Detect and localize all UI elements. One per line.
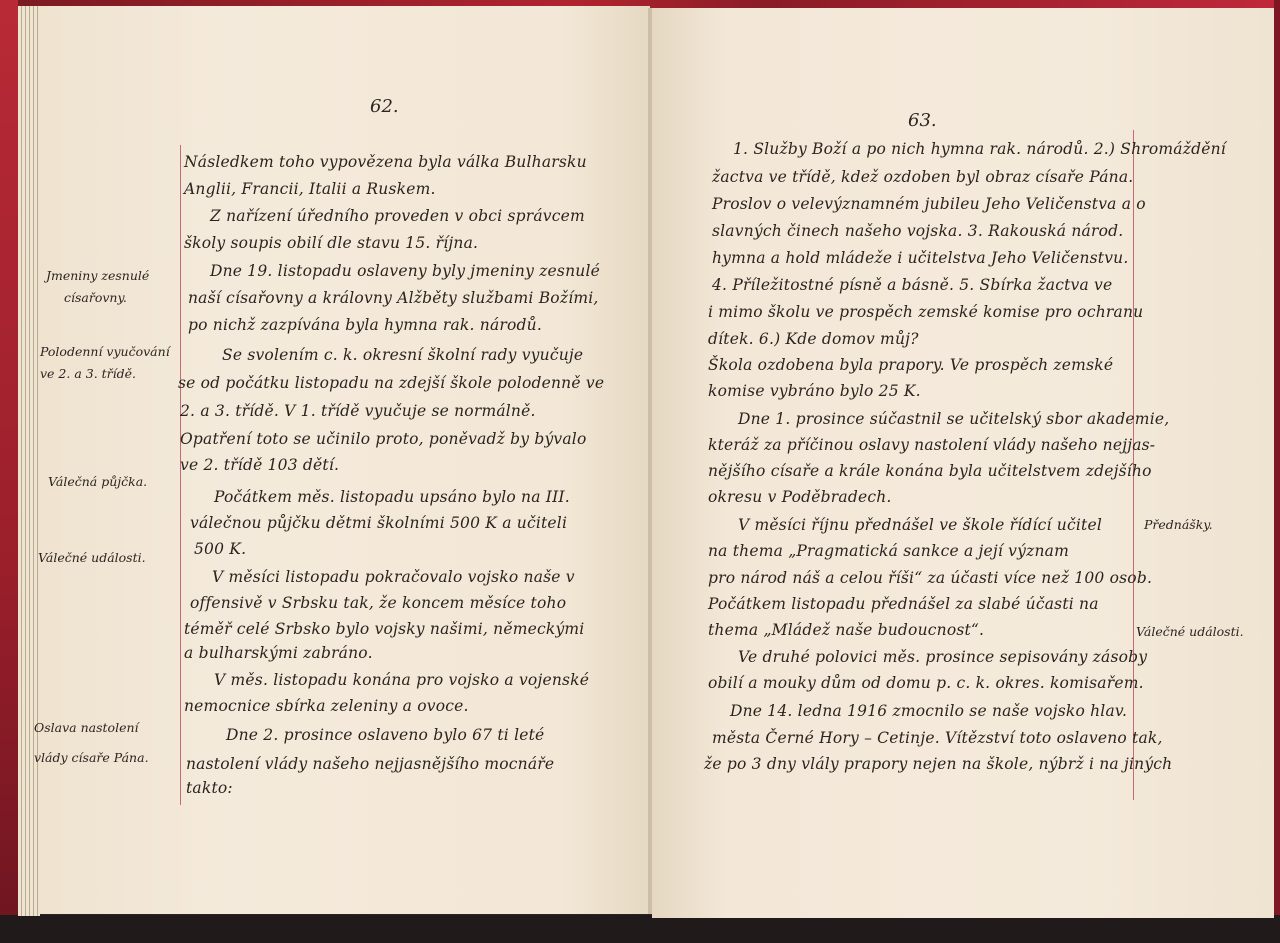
text-line: kteráž za příčinou oslavy nastolení vlád… — [708, 436, 1155, 454]
text-line: města Černé Hory – Cetinje. Vítězství to… — [712, 729, 1163, 747]
margin-note: císařovny. — [64, 290, 127, 305]
book-cover-right-edge — [1274, 0, 1280, 943]
text-line: Z nařízení úředního proveden v obci sprá… — [210, 207, 585, 225]
text-line: ve 2. třídě 103 dětí. — [180, 456, 339, 474]
margin-note: Válečné události. — [38, 550, 146, 565]
text-line: Dne 1. prosince súčastnil se učitelský s… — [738, 410, 1169, 428]
text-line: Opatření toto se učinilo proto, poněvadž… — [180, 430, 587, 448]
text-line: dítek. 6.) Kde domov můj? — [708, 330, 919, 348]
right-page-number: 63. — [908, 110, 937, 131]
text-line: offensivě v Srbsku tak, že koncem měsíce… — [190, 594, 566, 612]
text-line: nastolení vlády našeho nejjasnějšího moc… — [186, 755, 554, 773]
text-line: Škola ozdobena byla prapory. Ve prospěch… — [708, 356, 1113, 374]
text-line: Dne 2. prosince oslaveno bylo 67 ti leté — [226, 726, 544, 744]
text-line: hymna a hold mládeže i učitelstva Jeho V… — [712, 249, 1128, 267]
text-line: slavných činech našeho vojska. 3. Rakous… — [712, 222, 1123, 240]
left-page-number: 62. — [370, 96, 399, 117]
margin-note: Válečná půjčka. — [48, 474, 147, 489]
text-line: takto: — [186, 779, 233, 797]
text-line: Počátkem listopadu přednášel za slabé úč… — [708, 595, 1099, 613]
margin-note: Polodenní vyučování — [40, 344, 170, 359]
text-line: naší císařovny a královny Alžběty služba… — [188, 289, 599, 307]
text-line: i mimo školu ve prospěch zemské komise p… — [708, 303, 1143, 321]
text-line: 500 K. — [194, 540, 246, 558]
text-line: V měsíci listopadu pokračovalo vojsko na… — [212, 568, 575, 586]
text-line: téměř celé Srbsko bylo vojsky našimi, ně… — [184, 620, 584, 638]
text-line: V měsíci říjnu přednášel ve škole řídící… — [738, 516, 1102, 534]
text-line: pro národ náš a celou říši“ za účasti ví… — [708, 569, 1152, 587]
text-line: 1. Služby Boží a po nich hymna rak. náro… — [733, 140, 1226, 158]
text-line: 4. Příležitostné písně a básně. 5. Sbírk… — [712, 276, 1112, 294]
text-line: nějšího císaře a krále konána byla učite… — [708, 462, 1152, 480]
left-page — [38, 6, 650, 914]
text-line: Ve druhé polovici měs. prosince sepisová… — [738, 648, 1147, 666]
book-cover-left-edge — [0, 0, 18, 943]
margin-note: Přednášky. — [1144, 517, 1213, 532]
text-line: Následkem toho vypovězena byla válka Bul… — [184, 153, 587, 171]
margin-note: Jmeniny zesnulé — [46, 268, 149, 283]
text-line: thema „Mládež naše budoucnost“. — [708, 621, 984, 639]
left-margin-rule — [180, 145, 181, 805]
background-surface — [0, 915, 1280, 943]
margin-note: ve 2. a 3. třídě. — [40, 366, 136, 381]
text-line: se od počátku listopadu na zdejší škole … — [178, 374, 604, 392]
text-line: Počátkem měs. listopadu upsáno bylo na I… — [214, 488, 570, 506]
text-line: obilí a mouky dům od domu p. c. k. okres… — [708, 674, 1144, 692]
margin-note: vlády císaře Pána. — [34, 750, 149, 765]
margin-note: Oslava nastolení — [34, 720, 139, 735]
text-line: 2. a 3. třídě. V 1. třídě vyučuje se nor… — [180, 402, 536, 420]
text-line: po nichž zazpívána byla hymna rak. národ… — [188, 316, 542, 334]
text-line: válečnou půjčku dětmi školními 500 K a u… — [190, 514, 567, 532]
text-line: okresu v Poděbradech. — [708, 488, 892, 506]
text-line: Proslov o velevýznamném jubileu Jeho Vel… — [712, 195, 1146, 213]
text-line: komise vybráno bylo 25 K. — [708, 382, 921, 400]
text-line: Anglii, Francii, Italii a Ruskem. — [184, 180, 436, 198]
text-line: V měs. listopadu konána pro vojsko a voj… — [214, 671, 589, 689]
text-line: že po 3 dny vlály prapory nejen na škole… — [704, 755, 1172, 773]
text-line: na thema „Pragmatická sankce a její význ… — [708, 542, 1069, 560]
text-line: Dne 14. ledna 1916 zmocnilo se naše vojs… — [730, 702, 1127, 720]
text-line: a bulharskými zabráno. — [184, 644, 373, 662]
text-line: žactva ve třídě, kdež ozdoben byl obraz … — [712, 168, 1133, 186]
stacked-page-edges — [18, 6, 40, 916]
margin-note: Válečné události. — [1136, 624, 1244, 639]
text-line: Dne 19. listopadu oslaveny byly jmeniny … — [210, 262, 600, 280]
text-line: školy soupis obilí dle stavu 15. října. — [184, 234, 478, 252]
text-line: Se svolením c. k. okresní školní rady vy… — [222, 346, 583, 364]
text-line: nemocnice sbírka zeleniny a ovoce. — [184, 697, 469, 715]
